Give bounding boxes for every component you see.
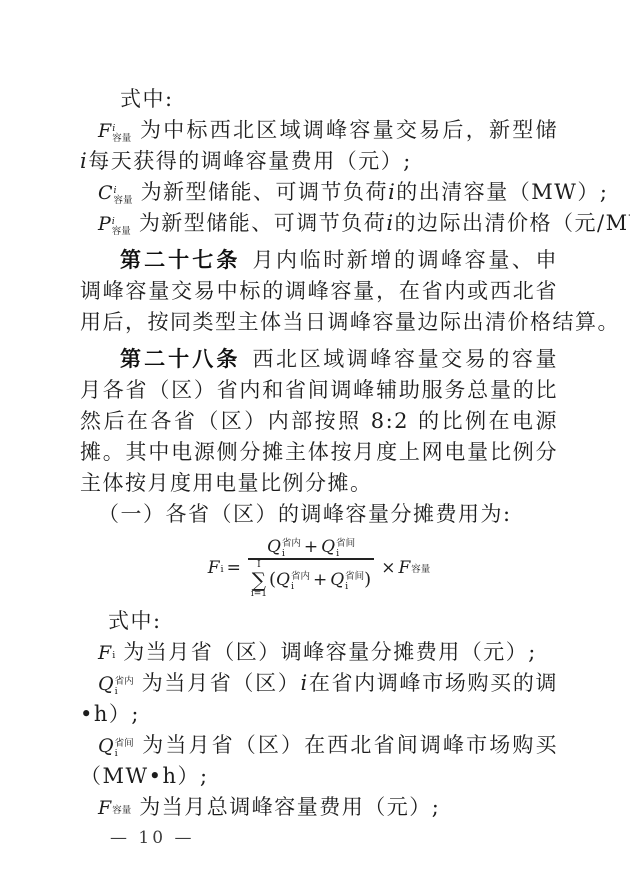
definition-text: 为新型储能、可调节负荷 — [139, 211, 387, 235]
symbol-f-total-capacity: F容量 — [98, 793, 131, 824]
intro-label-text: 式中: — [108, 609, 162, 633]
document-body: 式中: Fi容量为中标西北区域调峰容量交易后，新型储能、可调节负荷 i每天获得的… — [80, 84, 558, 823]
times-sign: × — [381, 558, 395, 578]
definition-text: 每天获得的调峰容量费用（元）; — [88, 149, 412, 173]
intro-label-text: 式中: — [120, 87, 174, 111]
equals-sign: = — [227, 558, 241, 578]
symbol-f-capacity: Fi容量 — [98, 116, 131, 146]
sigma-sum: I∑i=1 — [251, 561, 267, 599]
formula-lhs: Fi — [208, 558, 224, 578]
article-text: 主体按月度用电量比例分摊。 — [80, 471, 373, 495]
symbol-q-inter: Q省间i — [321, 537, 355, 557]
definition-text: （MW•h）; — [80, 764, 209, 788]
fraction-numerator: Q省内i + Q省间i — [264, 537, 358, 557]
symbol-fi: Fi — [98, 638, 115, 669]
fraction-bar — [248, 558, 374, 559]
symbol-q-inter: Q省间i — [330, 570, 364, 590]
plus-sign: + — [313, 570, 327, 590]
article-28-label: 第二十八条 — [120, 347, 240, 371]
symbol-c-capacity: Ci容量 — [98, 178, 133, 209]
math-var-i: i — [386, 211, 394, 235]
definition-p-capacity: Pi容量为新型储能、可调节负荷i的边际出清价格（元/MW•日）。 — [80, 208, 558, 239]
symbol-p-capacity: Pi容量 — [98, 209, 131, 240]
page-number: — 10 — — [110, 828, 194, 848]
symbol-q-inter: Q省间i — [98, 731, 134, 761]
article-28-line5: 主体按月度用电量比例分摊。 — [80, 468, 558, 499]
definition-q-intra-line2: •h）; — [80, 699, 558, 730]
article-text: 调峰容量交易中标的调峰容量，在省内或西北省间调峰市场被调 — [80, 279, 558, 307]
item-text: （一）各省（区）的调峰容量分摊费用为: — [98, 502, 512, 526]
formula-intro-label-top: 式中: — [80, 84, 558, 115]
document-page: 式中: Fi容量为中标西北区域调峰容量交易后，新型储能、可调节负荷 i每天获得的… — [0, 0, 630, 870]
item-1-heading: （一）各省（区）的调峰容量分摊费用为: — [80, 499, 558, 530]
article-28-line2: 月各省（区）省内和省间调峰辅助服务总量的比例分摊到各省（区）， — [80, 375, 558, 406]
definition-text: •h）; — [80, 702, 140, 726]
article-28-line4: 摊。其中电源侧分摊主体按月度上网电量比例分摊，用户侧分摊 — [80, 437, 558, 468]
definition-text: 的边际出清价格（元/MW•日）。 — [395, 211, 630, 235]
article-28-line3: 然后在各省（区）内部按照 8:2 的比例在电源侧和用户侧分别分 — [80, 406, 558, 437]
definition-text: 为新型储能、可调节负荷 — [141, 180, 389, 204]
definition-f-capacity-line1: Fi容量为中标西北区域调峰容量交易后，新型储能、可调节负荷 — [80, 115, 558, 146]
article-27-line1: 第二十七条月内临时新增的调峰容量、申报但未在西北区域 — [80, 245, 558, 276]
plus-sign: + — [304, 537, 318, 557]
definition-text: 的出清容量（MW）; — [396, 180, 608, 204]
definition-fi: Fi为当月省（区）调峰容量分摊费用（元）; — [80, 637, 558, 668]
article-text: 月各省（区）省内和省间调峰辅助服务总量的比例分摊到各省（区）， — [80, 378, 558, 406]
sigma-icon: ∑ — [252, 570, 266, 590]
article-27-line3: 用后，按同类型主体当日调峰容量边际出清价格结算。 — [80, 307, 558, 338]
fraction-denominator: I∑i=1 ( Q省内i + Q省间i ) — [248, 561, 374, 599]
math-var-i: i — [300, 671, 308, 695]
article-text: 摊。其中电源侧分摊主体按月度上网电量比例分摊，用户侧分摊 — [80, 440, 558, 468]
definition-c-capacity: Ci容量为新型储能、可调节负荷i的出清容量（MW）; — [80, 177, 558, 208]
definition-f-total: F容量为当月总调峰容量费用（元）; — [80, 792, 558, 823]
close-paren: ) — [364, 569, 371, 590]
formula-intro-label-bottom: 式中: — [80, 606, 558, 637]
sigma-lower-limit: i=1 — [251, 590, 267, 599]
fraction: Q省内i + Q省间i I∑i=1 ( Q省内i + Q省间i ) — [248, 537, 374, 598]
definition-text: 为当月省（区）在西北省间调峰市场购买的调峰服务总量 — [98, 733, 558, 761]
symbol-q-intra: Q省内i — [276, 570, 310, 590]
definition-text: 为当月总调峰容量费用（元）; — [139, 795, 440, 819]
article-text: 用后，按同类型主体当日调峰容量边际出清价格结算。 — [80, 310, 620, 334]
definition-q-inter-line1: Q省间i为当月省（区）在西北省间调峰市场购买的调峰服务总量 — [80, 730, 558, 761]
article-27-line2: 调峰容量交易中标的调峰容量，在省内或西北省间调峰市场被调 — [80, 276, 558, 307]
definition-text: 为中标西北区域调峰容量交易后，新型储能、可调节负荷 — [98, 118, 558, 146]
symbol-q-intra: Q省内i — [267, 537, 301, 557]
definition-q-intra-line1: Q省内i为当月省（区）i在省内调峰市场购买的调峰服务总量（MW — [80, 668, 558, 699]
article-28-line1: 第二十八条西北区域调峰容量交易的容量费用，首先按照当 — [80, 344, 558, 375]
definition-f-capacity-line2: i每天获得的调峰容量费用（元）; — [80, 146, 558, 177]
symbol-q-intra: Q省内i — [98, 669, 134, 699]
open-paren: ( — [269, 569, 276, 590]
definition-text: 为当月省（区）调峰容量分摊费用（元）; — [123, 640, 537, 664]
definition-q-inter-line2: （MW•h）; — [80, 761, 558, 792]
formula-province-allocation: Fi = Q省内i + Q省间i I∑i=1 ( Q省内i + Q省间i ) — [80, 530, 558, 606]
symbol-f-total-capacity: F容量 — [398, 558, 430, 578]
definition-text: 为当月省（区） — [142, 671, 301, 695]
math-var-i: i — [80, 149, 88, 173]
article-27-label: 第二十七条 — [120, 248, 240, 272]
article-text: 然后在各省（区）内部按照 8:2 的比例在电源侧和用户侧分别分 — [80, 409, 558, 437]
